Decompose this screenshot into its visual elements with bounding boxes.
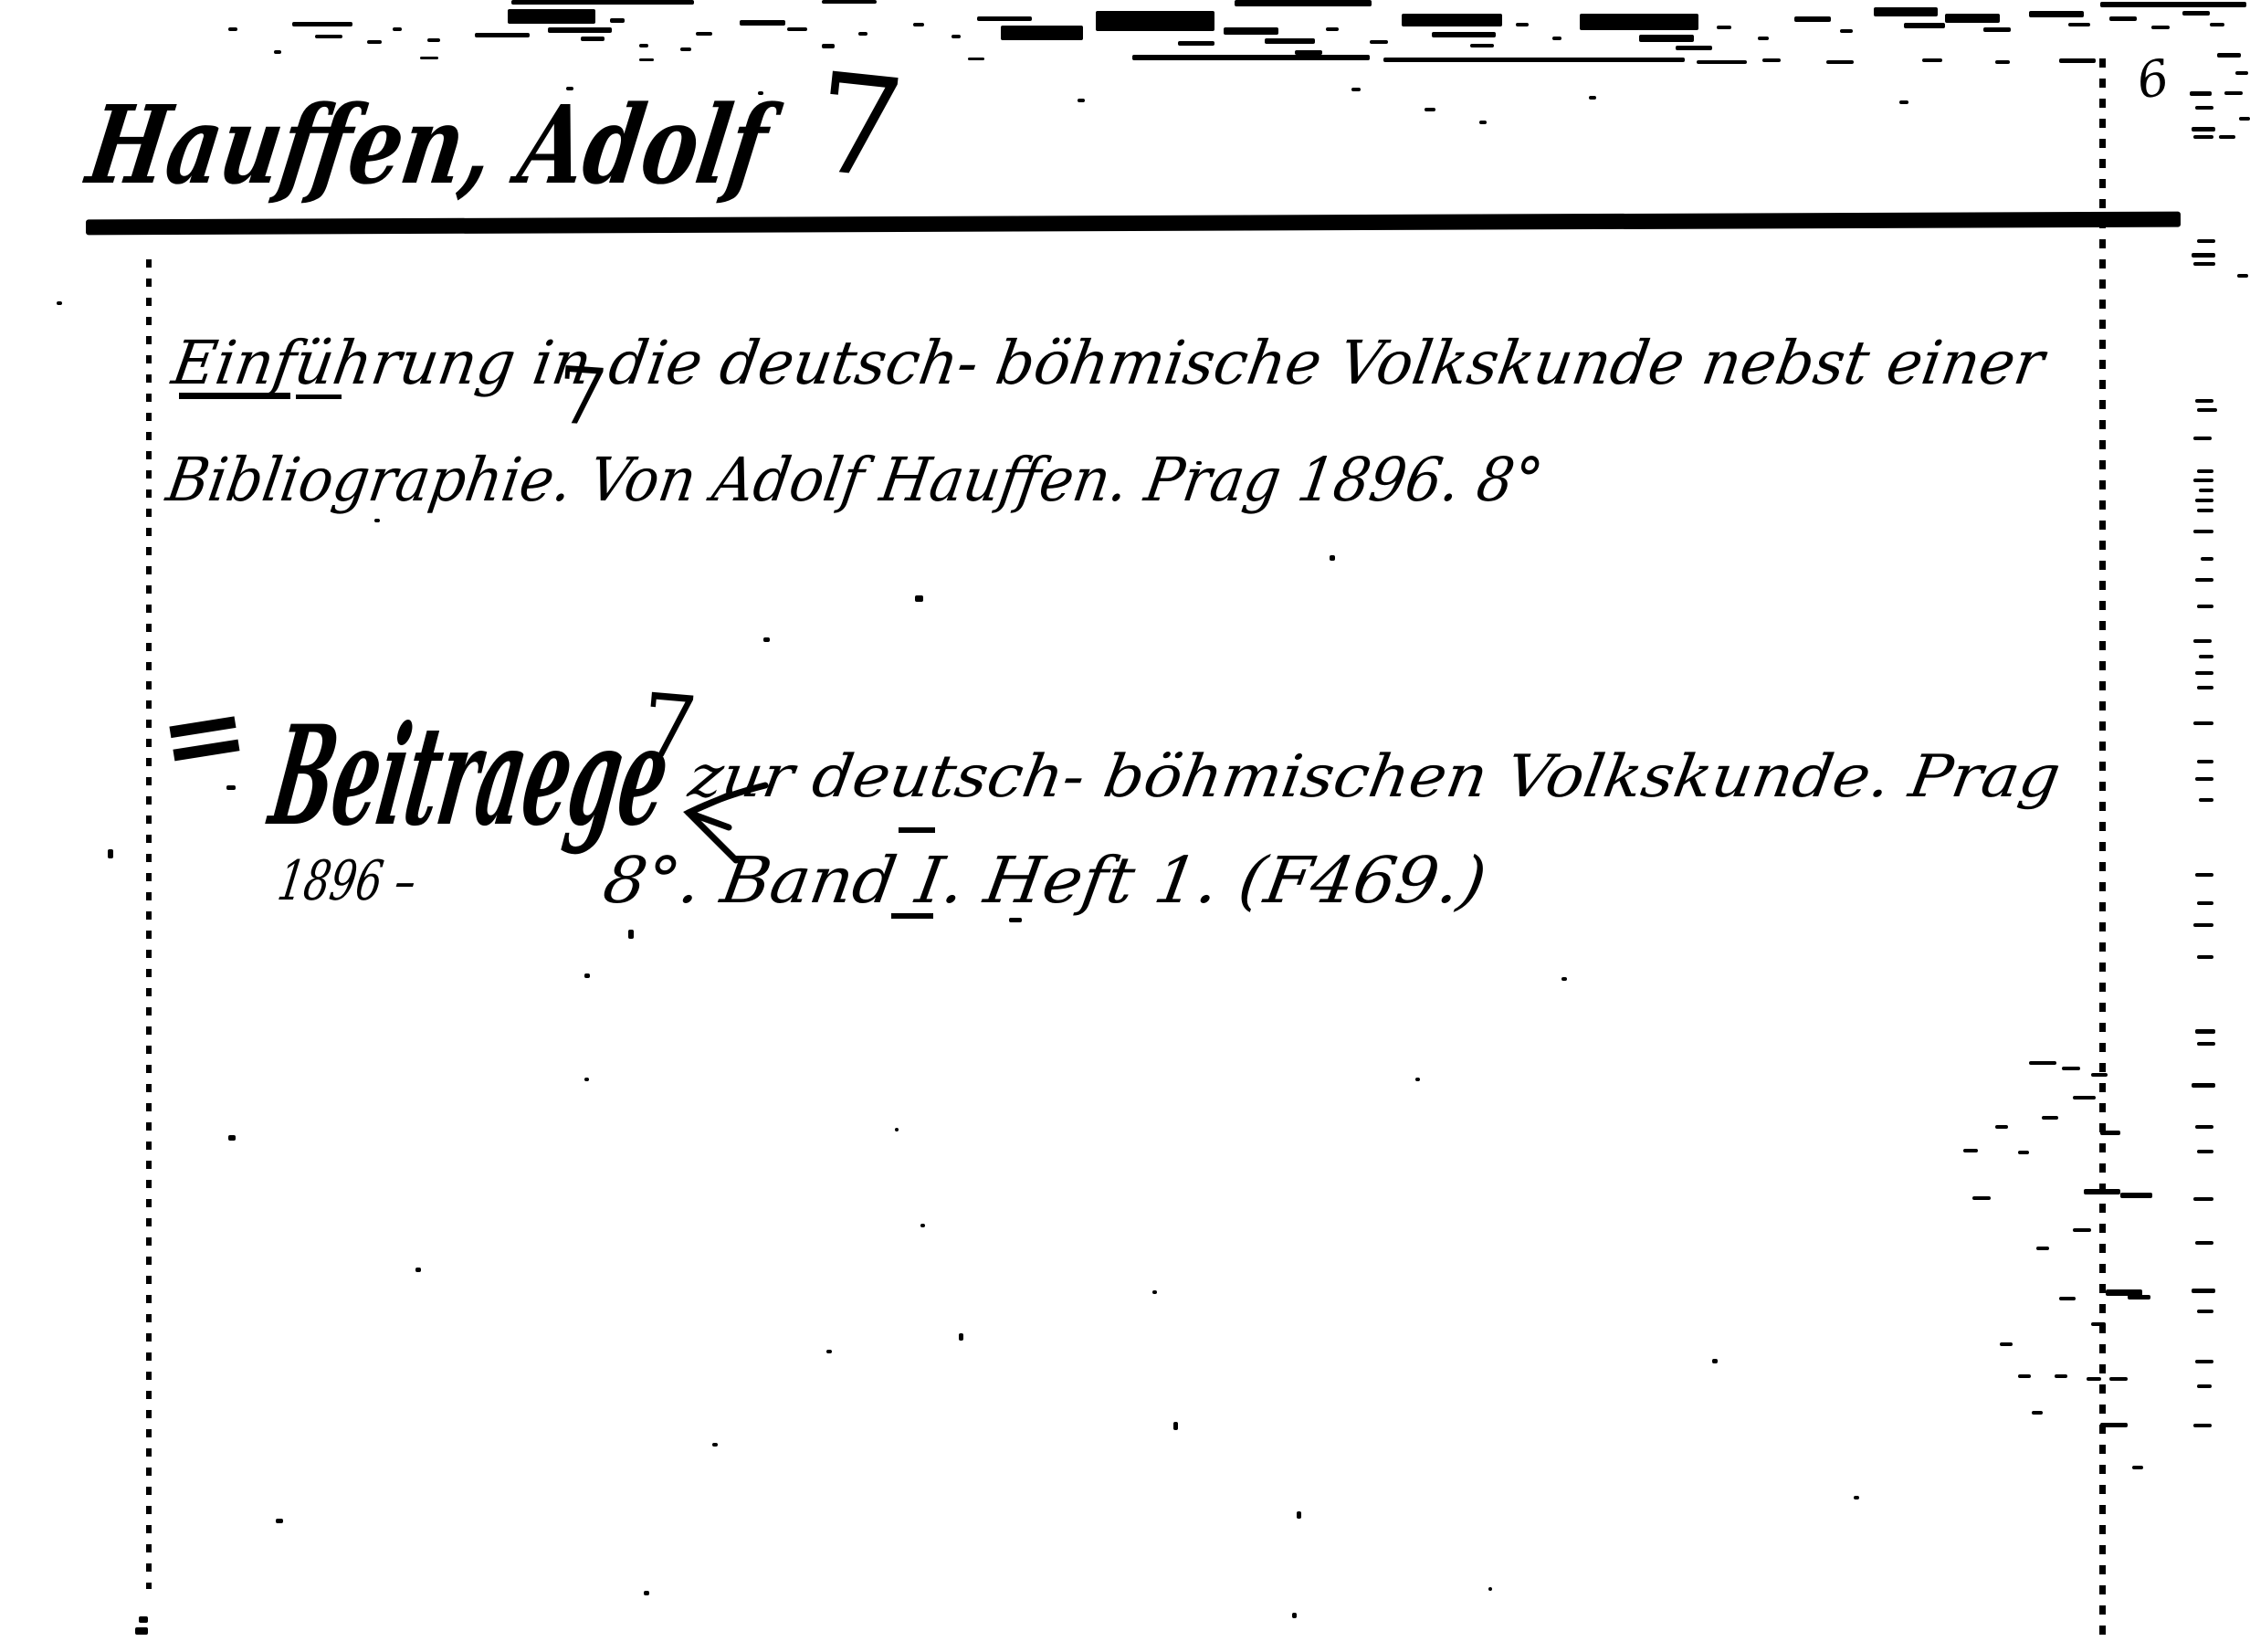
series-title: Beitraege [259,695,679,857]
card-heading: Hauffen, Adolf [78,83,788,209]
heading-insertion-mark: 7 [807,44,910,211]
series-detail: 8°. Band I. Heft 1. (F469.) [598,843,1491,917]
title-line-2: Bibliographie. Von Adolf Hauffen. Prag 1… [162,444,1548,515]
roman-numeral-overline [899,827,935,833]
title-line-1: Einführung in die deutsch- böhmische Vol… [167,327,2053,398]
handwriting-layer: Hauffen, Adolf 7 6 Einführung in die deu… [0,0,2250,1652]
series-continuation: zur deutsch- böhmischen Volkskunde. Prag [683,742,2065,811]
roman-numeral-underline [891,913,933,919]
title-insertion-mark: 7 [554,350,611,445]
title-underline [179,393,290,399]
equals-mark: = [151,668,257,803]
title-underline-2 [296,395,342,399]
catalog-card: Hauffen, Adolf 7 6 Einführung in die deu… [0,0,2250,1652]
corner-mark: 6 [2132,48,2173,110]
series-date: 1896 – [274,849,421,913]
